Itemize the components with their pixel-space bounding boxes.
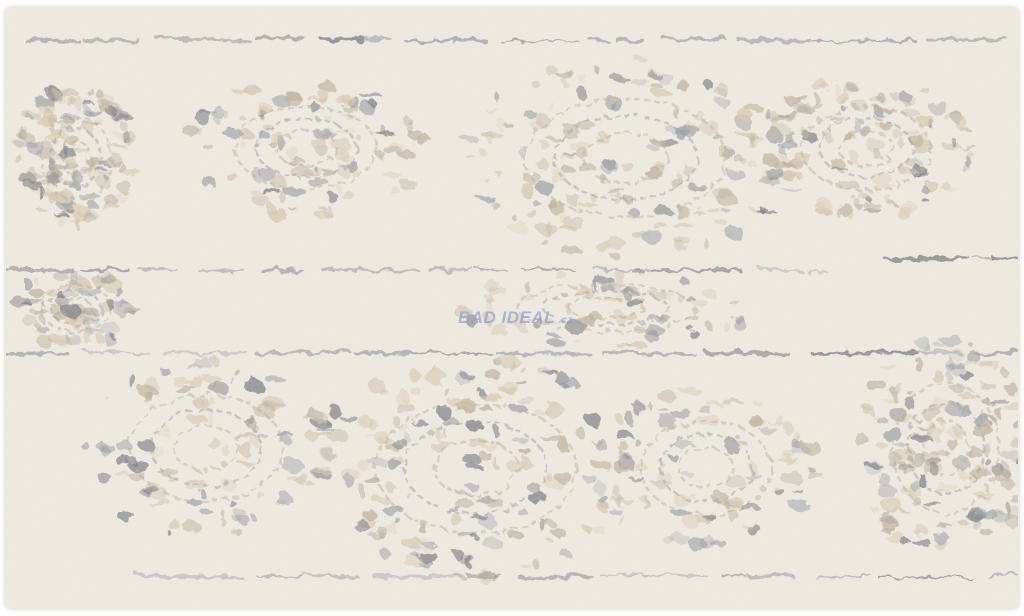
watermark: BAD IDEAL.cz — [458, 308, 573, 328]
watermark-text: BAD IDEAL — [458, 308, 555, 327]
watermark-suffix: .cz — [558, 315, 573, 326]
rug-photo: BAD IDEAL.cz — [6, 8, 1018, 608]
